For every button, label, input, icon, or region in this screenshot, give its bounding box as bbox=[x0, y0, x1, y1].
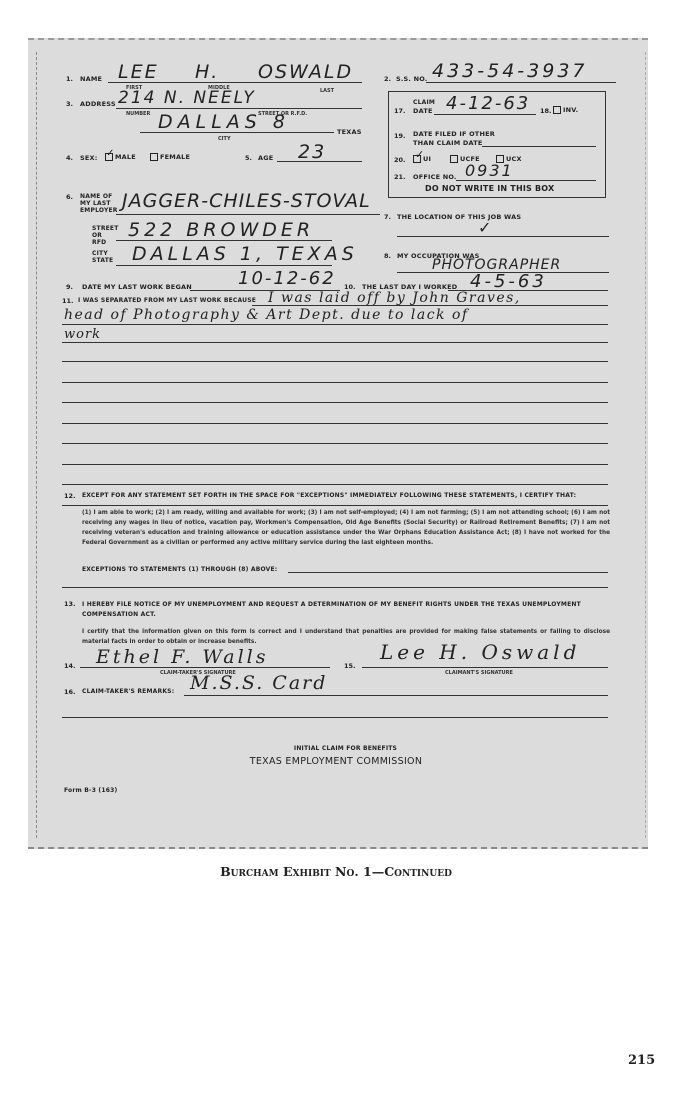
ss-no-value[interactable]: 433-54-3937 bbox=[432, 60, 588, 82]
address-label: ADDRESS bbox=[80, 100, 116, 108]
city-sublabel: CITY bbox=[218, 136, 231, 142]
checkbox-icon[interactable] bbox=[553, 106, 561, 114]
item-number: 15. bbox=[344, 662, 356, 670]
item-number: 3. bbox=[66, 100, 73, 108]
employer-city-value[interactable]: DALLAS 1, TEXAS bbox=[132, 243, 358, 265]
last-name-value[interactable]: OSWALD bbox=[258, 61, 353, 83]
item-number: 16. bbox=[64, 688, 76, 696]
exhibit-caption: Burcham Exhibit No. 1—Continued bbox=[0, 864, 672, 879]
separation-label: I WAS SEPARATED FROM MY LAST WORK BECAUS… bbox=[78, 297, 256, 304]
certification-body: (1) I am able to work; (2) I am ready, w… bbox=[82, 508, 610, 548]
item-number: 8. bbox=[384, 252, 391, 260]
do-not-write-notice: DO NOT WRITE IN THIS BOX bbox=[425, 184, 554, 193]
claim-label: CLAIM bbox=[413, 99, 435, 106]
employer-label: NAME OF MY LAST EMPLOYER bbox=[80, 193, 120, 214]
work-began-value[interactable]: 10-12-62 bbox=[238, 268, 336, 289]
form-title: TEXAS EMPLOYMENT COMMISSION bbox=[0, 756, 672, 767]
name-label: NAME bbox=[80, 75, 102, 83]
item-number: 13. bbox=[64, 600, 76, 608]
check-mark-icon: ✓ bbox=[106, 148, 115, 159]
age-value[interactable]: 23 bbox=[298, 141, 326, 163]
blank-ruled-line bbox=[62, 505, 608, 506]
check-mark-icon: ✓ bbox=[415, 148, 424, 161]
claim-date-value[interactable]: 4-12-63 bbox=[446, 93, 530, 114]
certification-heading: EXCEPT FOR ANY STATEMENT SET FORTH IN TH… bbox=[82, 492, 576, 499]
item-number: 12. bbox=[64, 492, 76, 500]
form-subtitle: INITIAL CLAIM FOR BENEFITS bbox=[0, 745, 691, 752]
employer-city-label: CITY STATE bbox=[92, 250, 116, 264]
blank-ruled-line bbox=[62, 464, 608, 465]
remarks-label: CLAIM-TAKER'S REMARKS: bbox=[82, 688, 174, 695]
work-began-label: DATE MY LAST WORK BEGAN bbox=[82, 283, 192, 291]
office-no-value[interactable]: 0931 bbox=[465, 161, 514, 180]
claimant-signature-label: CLAIMANT'S SIGNATURE bbox=[445, 670, 513, 676]
item-number: 14. bbox=[64, 662, 76, 670]
street-value[interactable]: 214 N. NEELY bbox=[118, 88, 256, 108]
remarks-value[interactable]: M.S.S. Card bbox=[190, 672, 327, 694]
blank-ruled-line bbox=[62, 402, 608, 403]
employer-street-value[interactable]: 522 BROWDER bbox=[128, 219, 314, 241]
item-number: 1. bbox=[66, 75, 73, 83]
ss-no-label: S.S. NO. bbox=[396, 75, 427, 83]
blank-ruled-line bbox=[62, 361, 608, 362]
program-ui-option[interactable]: ✓UI bbox=[413, 155, 431, 163]
sex-female-option[interactable]: FEMALE bbox=[150, 153, 190, 161]
separation-line-2[interactable]: head of Photography & Art Dept. due to l… bbox=[64, 307, 469, 323]
location-check-icon[interactable]: ✓ bbox=[478, 218, 493, 237]
item-number: 21. bbox=[394, 173, 406, 181]
checkbox-checked-icon[interactable]: ✓ bbox=[105, 153, 113, 161]
number-sublabel: NUMBER bbox=[126, 111, 150, 117]
blank-ruled-line bbox=[62, 423, 608, 424]
exceptions-label: EXCEPTIONS TO STATEMENTS (1) THROUGH (8)… bbox=[82, 566, 277, 573]
item-number: 2. bbox=[384, 75, 391, 83]
notice-heading: I HEREBY FILE NOTICE OF MY UNEMPLOYMENT … bbox=[82, 600, 610, 620]
employer-street-label: STREET OR RFD bbox=[92, 225, 116, 246]
last-sublabel: LAST bbox=[320, 88, 334, 94]
inv-option[interactable]: INV. bbox=[553, 106, 578, 114]
item-number: 19. bbox=[394, 132, 406, 140]
claimant-signature[interactable]: Lee H. Oswald bbox=[380, 640, 580, 664]
item-number: 20. bbox=[394, 156, 406, 164]
item-number: 6. bbox=[66, 193, 73, 201]
blank-ruled-line bbox=[62, 443, 608, 444]
sex-label: SEX: bbox=[80, 154, 98, 162]
first-name-value[interactable]: LEE bbox=[118, 61, 159, 83]
separation-line-1[interactable]: I was laid off by John Graves, bbox=[268, 290, 521, 306]
checkbox-checked-icon[interactable]: ✓ bbox=[413, 155, 421, 163]
employer-name-value[interactable]: JAGGER-CHILES-STOVAL bbox=[122, 190, 371, 212]
item-number: 11. bbox=[62, 297, 74, 305]
sex-male-option[interactable]: ✓MALE bbox=[105, 153, 136, 161]
location-label: THE LOCATION OF THIS JOB WAS bbox=[397, 213, 521, 221]
claim-date-label: DATE bbox=[413, 107, 433, 115]
item-number: 4. bbox=[66, 154, 73, 162]
office-no-label: OFFICE NO. bbox=[413, 173, 457, 181]
age-label: AGE bbox=[258, 154, 273, 162]
item-number: 7. bbox=[384, 213, 391, 221]
form-id: Form B-3 (163) bbox=[64, 787, 117, 794]
checkbox-icon[interactable] bbox=[150, 153, 158, 161]
last-day-value[interactable]: 4-5-63 bbox=[470, 271, 547, 292]
item-number: 18. bbox=[540, 107, 552, 115]
blank-ruled-line bbox=[62, 382, 608, 383]
page-number: 215 bbox=[628, 1053, 655, 1068]
item-number: 5. bbox=[245, 154, 252, 162]
city-value[interactable]: DALLAS 8 bbox=[158, 111, 290, 133]
separation-line-3[interactable]: work bbox=[64, 327, 101, 342]
item-number: 9. bbox=[66, 283, 73, 291]
blank-ruled-line bbox=[62, 484, 608, 485]
middle-name-value[interactable]: H. bbox=[195, 61, 219, 83]
claim-taker-signature[interactable]: Ethel F. Walls bbox=[96, 646, 269, 668]
item-number: 17. bbox=[394, 107, 406, 115]
state-label: TEXAS bbox=[337, 128, 362, 136]
checkbox-icon[interactable] bbox=[450, 155, 458, 163]
